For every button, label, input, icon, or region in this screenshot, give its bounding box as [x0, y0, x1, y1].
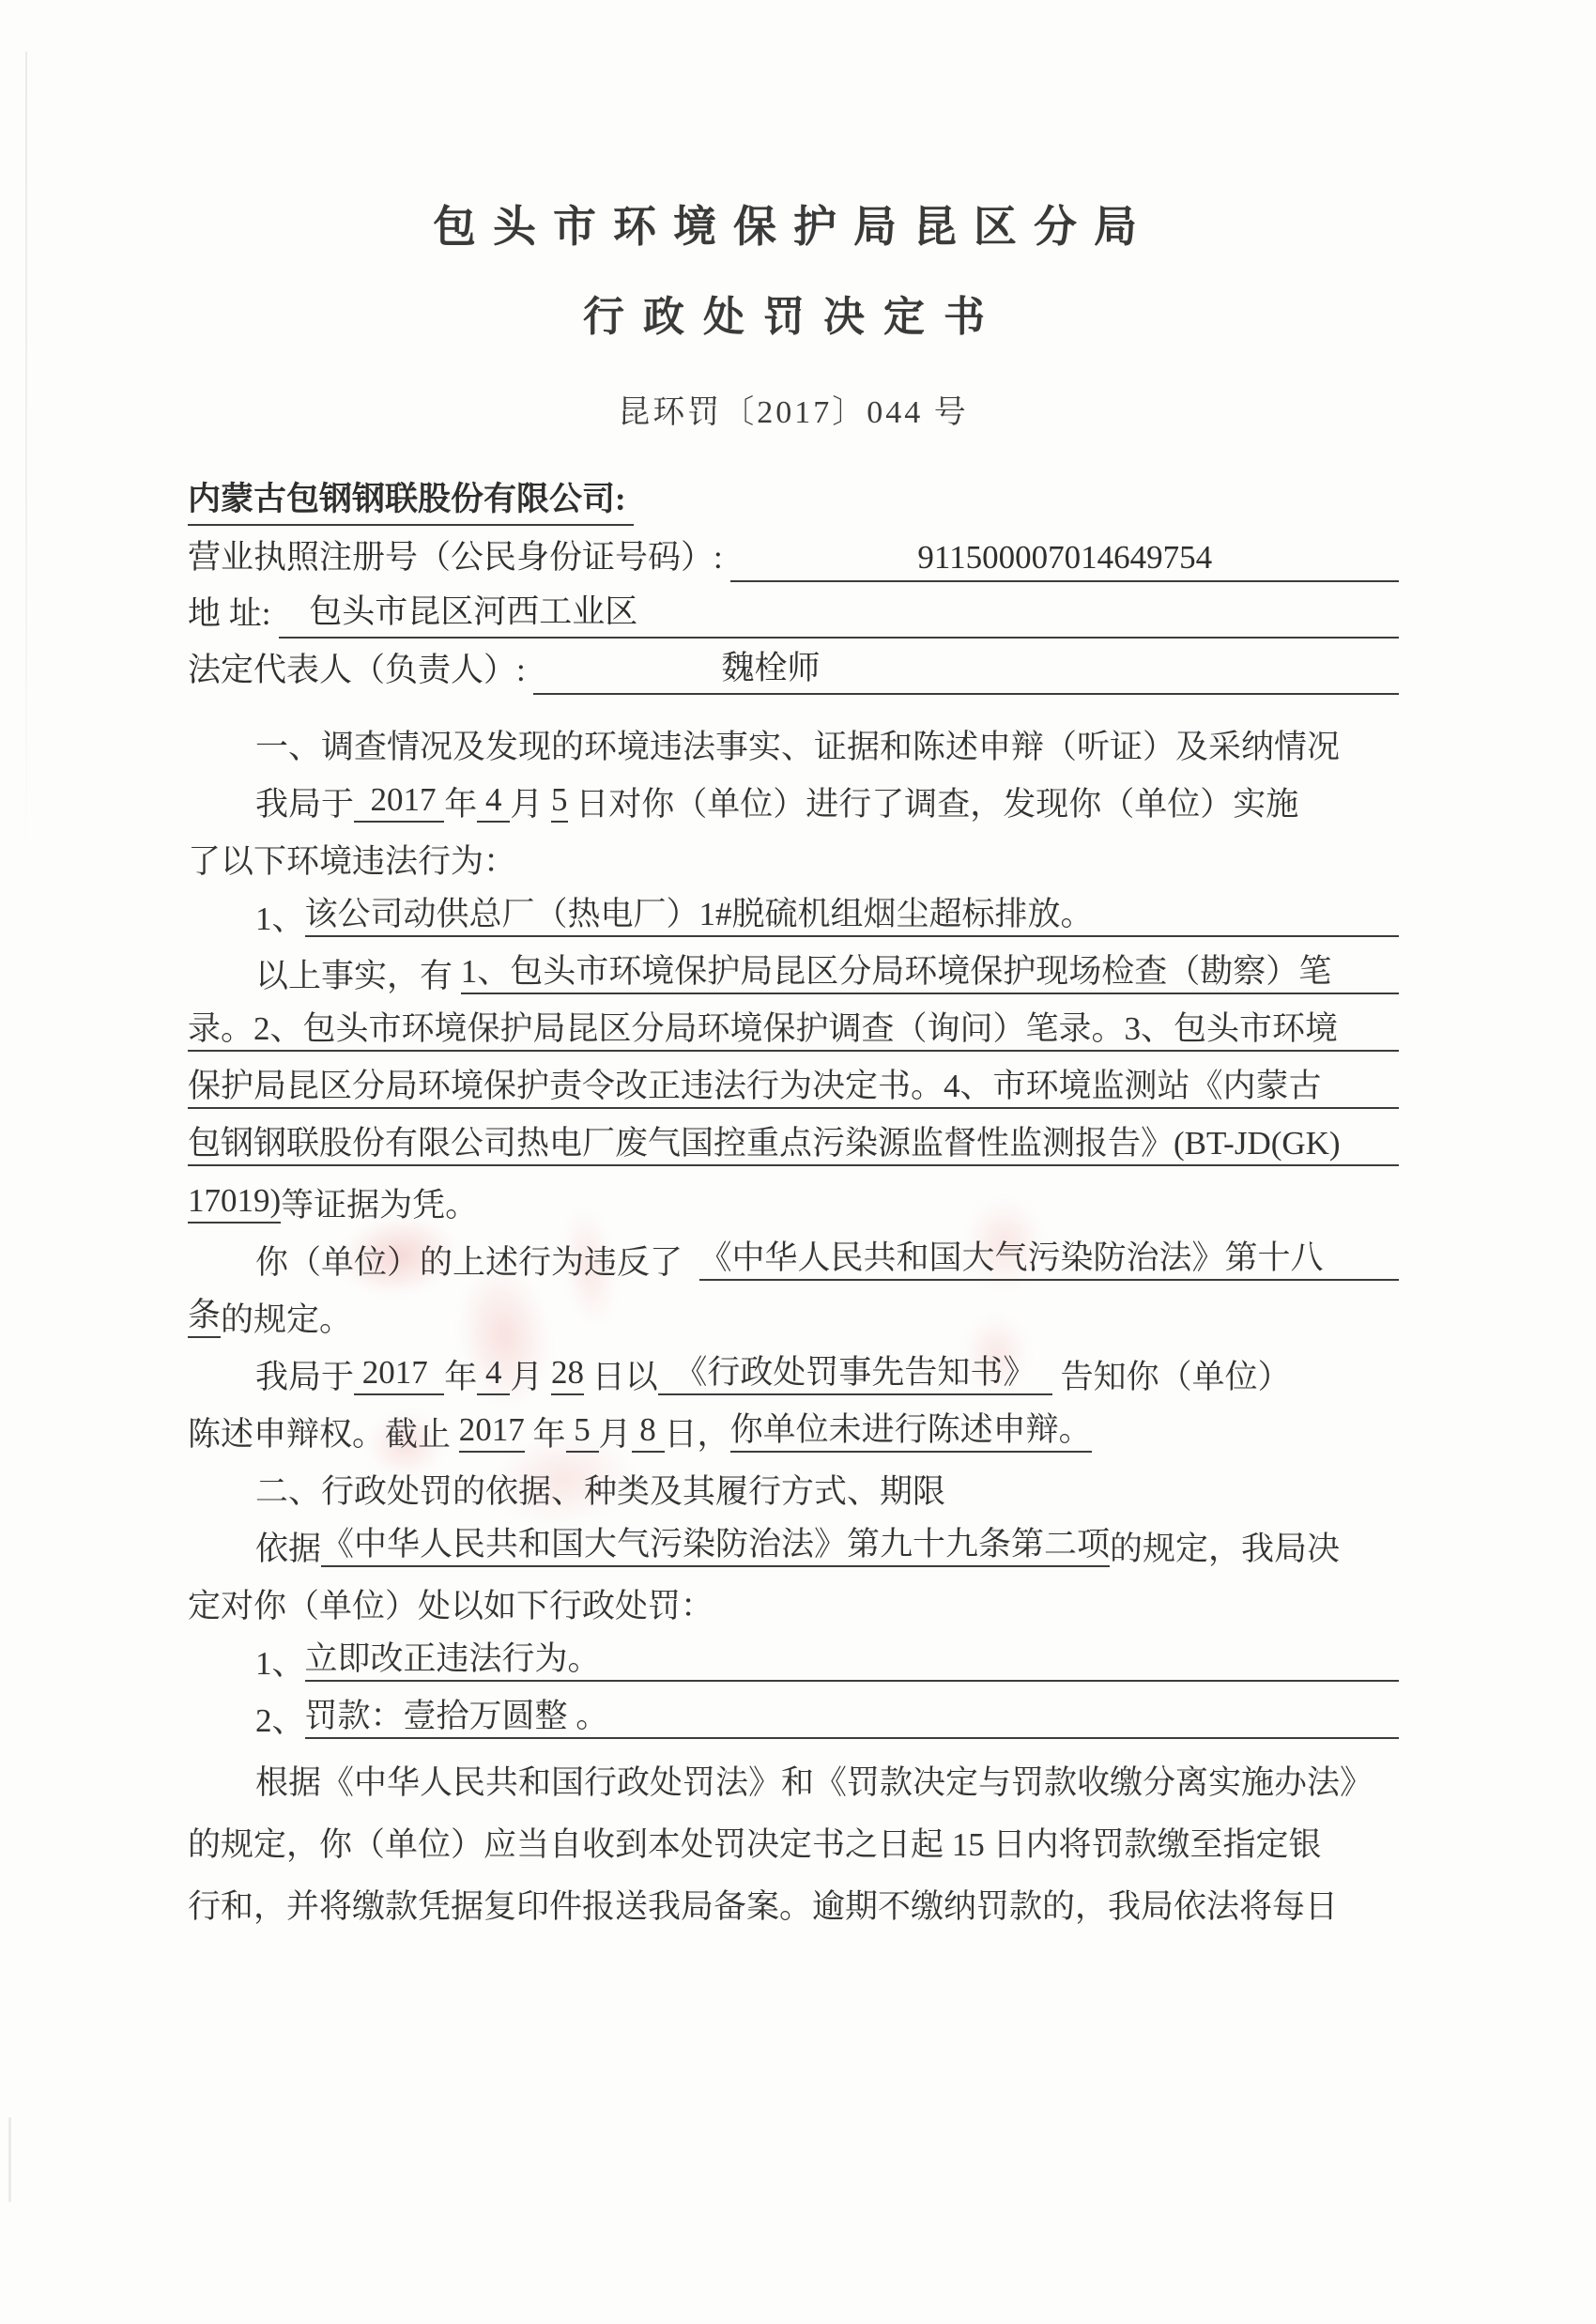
underlined-text: 4 [477, 1354, 510, 1395]
underlined-text: 4 [477, 781, 510, 823]
address-row: 地 址: 包头市昆区河西工业区 [188, 582, 1399, 639]
doc-line: 以上事实，有 1、包头市环境保护局昆区分局环境保护现场检查（勘察）笔 [188, 937, 1399, 994]
legal-rep-field-line: 魏栓师 [533, 642, 1399, 695]
underlined-text: 你单位未进行陈述申辩。 [730, 1411, 1092, 1453]
doc-line: 你（单位）的上述行为违反了 《中华人民共和国大气污染防治法》第十八 [188, 1224, 1399, 1281]
underlined-text: 录。2、包头市环境保护局昆区分局环境保护调查（询问）笔录。3、包头市环境 [188, 1010, 1338, 1052]
text-segment: 月 [599, 1416, 632, 1453]
text-segment: 陈述申辩权。截止 [188, 1416, 459, 1453]
text-segment: 日以 [584, 1359, 658, 1395]
text-segment: 一、调查情况及发现的环境违法事实、证据和陈述申辩（听证）及采纳情况 [255, 729, 1340, 765]
underlined-text [608, 1734, 1399, 1739]
underlined-text: 2017 [459, 1411, 525, 1453]
text-segment: 依据 [255, 1531, 321, 1567]
doc-line: 二、行政处罚的依据、种类及其履行方式、期限 [188, 1453, 1399, 1510]
underlined-text [601, 1677, 1399, 1682]
underlined-text: 8 [632, 1411, 665, 1453]
doc-line: 行和，并将缴款凭据复印件报送我局备案。逾期不缴纳罚款的，我局依法将每日 [188, 1863, 1399, 1925]
text-segment: 年 [525, 1416, 566, 1453]
underlined-text [1324, 1276, 1399, 1281]
document-body: 一、调查情况及发现的环境违法事实、证据和陈述申辩（听证）及采纳情况我局于 201… [188, 708, 1399, 1925]
underlined-text: 条 [188, 1297, 221, 1338]
underlined-text: 《行政处罚事先告知书》 [658, 1354, 1052, 1395]
underlined-text: 1、包头市环境保护局昆区分局环境保护现场检查（勘察）笔 [461, 953, 1332, 994]
underlined-text: 2017 [354, 1354, 444, 1395]
text-segment: 日， [665, 1416, 730, 1453]
doc-line: 1、该公司动供总厂（热电厂）1#脱硫机组烟尘超标排放。 [188, 880, 1399, 937]
agency-title: 包头市环境保护局昆区分局 [188, 192, 1399, 254]
doc-line: 定对你（单位）处以如下行政处罚： [188, 1567, 1399, 1624]
document-number: 昆环罚〔2017〕044 号 [188, 386, 1399, 432]
text-segment: 月 [510, 1359, 551, 1395]
doc-line: 一、调查情况及发现的环境违法事实、证据和陈述申辩（听证）及采纳情况 [188, 708, 1399, 765]
doc-line: 保护局昆区分局环境保护责令改正违法行为决定书。4、市环境监测站《内蒙古 [188, 1052, 1399, 1109]
underlined-text: 保护局昆区分局环境保护责令改正违法行为决定书。4、市环境监测站《内蒙古 [188, 1068, 1322, 1109]
text-segment: 你（单位）的上述行为违反了 [255, 1244, 699, 1281]
underlined-text: 2017 [354, 781, 444, 823]
doc-line: 我局于 2017 年 4 月 28 日以 《行政处罚事先告知书》 告知你（单位） [188, 1338, 1399, 1395]
text-segment: 的规定。 [221, 1301, 352, 1338]
license-field-line: 911500007014649754 [730, 539, 1399, 582]
doc-line: 根据《中华人民共和国行政处罚法》和《罚款决定与罚款收缴分离实施办法》 [188, 1739, 1399, 1801]
text-segment: 以上事实，有 [255, 958, 461, 994]
text-segment: 年 [444, 1359, 477, 1395]
legal-rep-row: 法定代表人（负责人）: 魏栓师 [188, 639, 1399, 695]
text-segment: 二、行政处罚的依据、种类及其履行方式、期限 [255, 1473, 945, 1510]
underlined-text: 该公司动供总厂（热电厂）1#脱硫机组烟尘超标排放。 [305, 896, 1094, 937]
legal-rep-value: 魏栓师 [533, 642, 820, 689]
doc-line: 录。2、包头市环境保护局昆区分局环境保护调查（询问）笔录。3、包头市环境 [188, 994, 1399, 1052]
text-segment: 2、 [255, 1702, 305, 1739]
underlined-text [1322, 1104, 1399, 1109]
doc-line: 1、立即改正违法行为。 [188, 1624, 1399, 1682]
doc-line: 2、罚款：壹拾万圆整 。 [188, 1682, 1399, 1739]
address-value: 包头市昆区河西工业区 [279, 586, 637, 633]
underlined-text: 28 [551, 1354, 584, 1395]
company-name: 内蒙古包钢钢联股份有限公司: [188, 473, 634, 526]
license-label: 营业执照注册号（公民身份证号码）: [188, 531, 730, 582]
doc-line: 了以下环境违法行为： [188, 823, 1399, 880]
doc-line: 陈述申辩权。截止 2017 年 5 月 8 日，你单位未进行陈述申辩。 [188, 1395, 1399, 1453]
license-value: 911500007014649754 [917, 539, 1212, 577]
underlined-text [1331, 990, 1399, 994]
text-segment: 告知你（单位） [1052, 1359, 1291, 1395]
text-segment: 我局于 [255, 786, 354, 823]
text-segment: 1、 [255, 1645, 305, 1682]
address-field-line: 包头市昆区河西工业区 [279, 586, 1399, 639]
doc-line: 依据《中华人民共和国大气污染防治法》第九十九条第二项的规定，我局决 [188, 1510, 1399, 1567]
address-label: 地 址: [188, 588, 279, 639]
doc-line: 包钢钢联股份有限公司热电厂废气国控重点污染源监督性监测报告》(BT-JD(GK) [188, 1109, 1399, 1166]
text-segment: 1、 [255, 900, 305, 937]
recipient-company-row: 内蒙古包钢钢联股份有限公司: [188, 469, 1399, 526]
underlined-text: 17019) [188, 1182, 281, 1224]
underlined-text [1338, 1047, 1399, 1052]
text-segment: 的规定，你（单位）应当自收到本处罚决定书之日起 15 日内将罚款缴至指定银 [188, 1826, 1322, 1863]
underlined-text: 包钢钢联股份有限公司热电厂废气国控重点污染源监督性监测报告》(BT-JD(GK) [188, 1125, 1341, 1166]
underlined-text: 《中华人民共和国大气污染防治法》第十八 [699, 1239, 1324, 1281]
text-segment: 日对你（单位）进行了调查，发现你（单位）实施 [568, 786, 1299, 823]
underlined-text: 5 [551, 781, 568, 823]
text-segment: 等证据为凭。 [281, 1187, 478, 1224]
license-row: 营业执照注册号（公民身份证号码）: 911500007014649754 [188, 526, 1399, 582]
text-segment: 月 [510, 786, 551, 823]
underlined-text: 5 [566, 1411, 599, 1453]
text-segment: 我局于 [255, 1359, 354, 1395]
text-segment: 年 [444, 786, 477, 823]
document-title: 行政处罚决定书 [188, 283, 1399, 343]
doc-line: 我局于 2017 年 4 月 5 日对你（单位）进行了调查，发现你（单位）实施 [188, 765, 1399, 823]
text-segment: 行和，并将缴款凭据复印件报送我局备案。逾期不缴纳罚款的，我局依法将每日 [188, 1888, 1338, 1925]
underlined-text [1341, 1162, 1399, 1166]
legal-rep-label: 法定代表人（负责人）: [188, 644, 533, 695]
doc-line: 17019)等证据为凭。 [188, 1166, 1399, 1224]
underlined-text [1094, 932, 1399, 937]
text-segment: 的规定，我局决 [1110, 1531, 1340, 1567]
underlined-text: 罚款：壹拾万圆整 。 [305, 1698, 609, 1739]
text-segment: 根据《中华人民共和国行政处罚法》和《罚款决定与罚款收缴分离实施办法》 [255, 1764, 1373, 1801]
doc-line: 条的规定。 [188, 1281, 1399, 1338]
underlined-text: 《中华人民共和国大气污染防治法》第九十九条第二项 [321, 1526, 1110, 1567]
text-segment: 定对你（单位）处以如下行政处罚： [188, 1588, 714, 1624]
document-page: 包头市环境保护局昆区分局 行政处罚决定书 昆环罚〔2017〕044 号 内蒙古包… [0, 0, 1596, 2324]
underlined-text: 立即改正违法行为。 [305, 1640, 601, 1682]
doc-line: 的规定，你（单位）应当自收到本处罚决定书之日起 15 日内将罚款缴至指定银 [188, 1801, 1399, 1863]
text-segment: 了以下环境违法行为： [188, 843, 516, 880]
